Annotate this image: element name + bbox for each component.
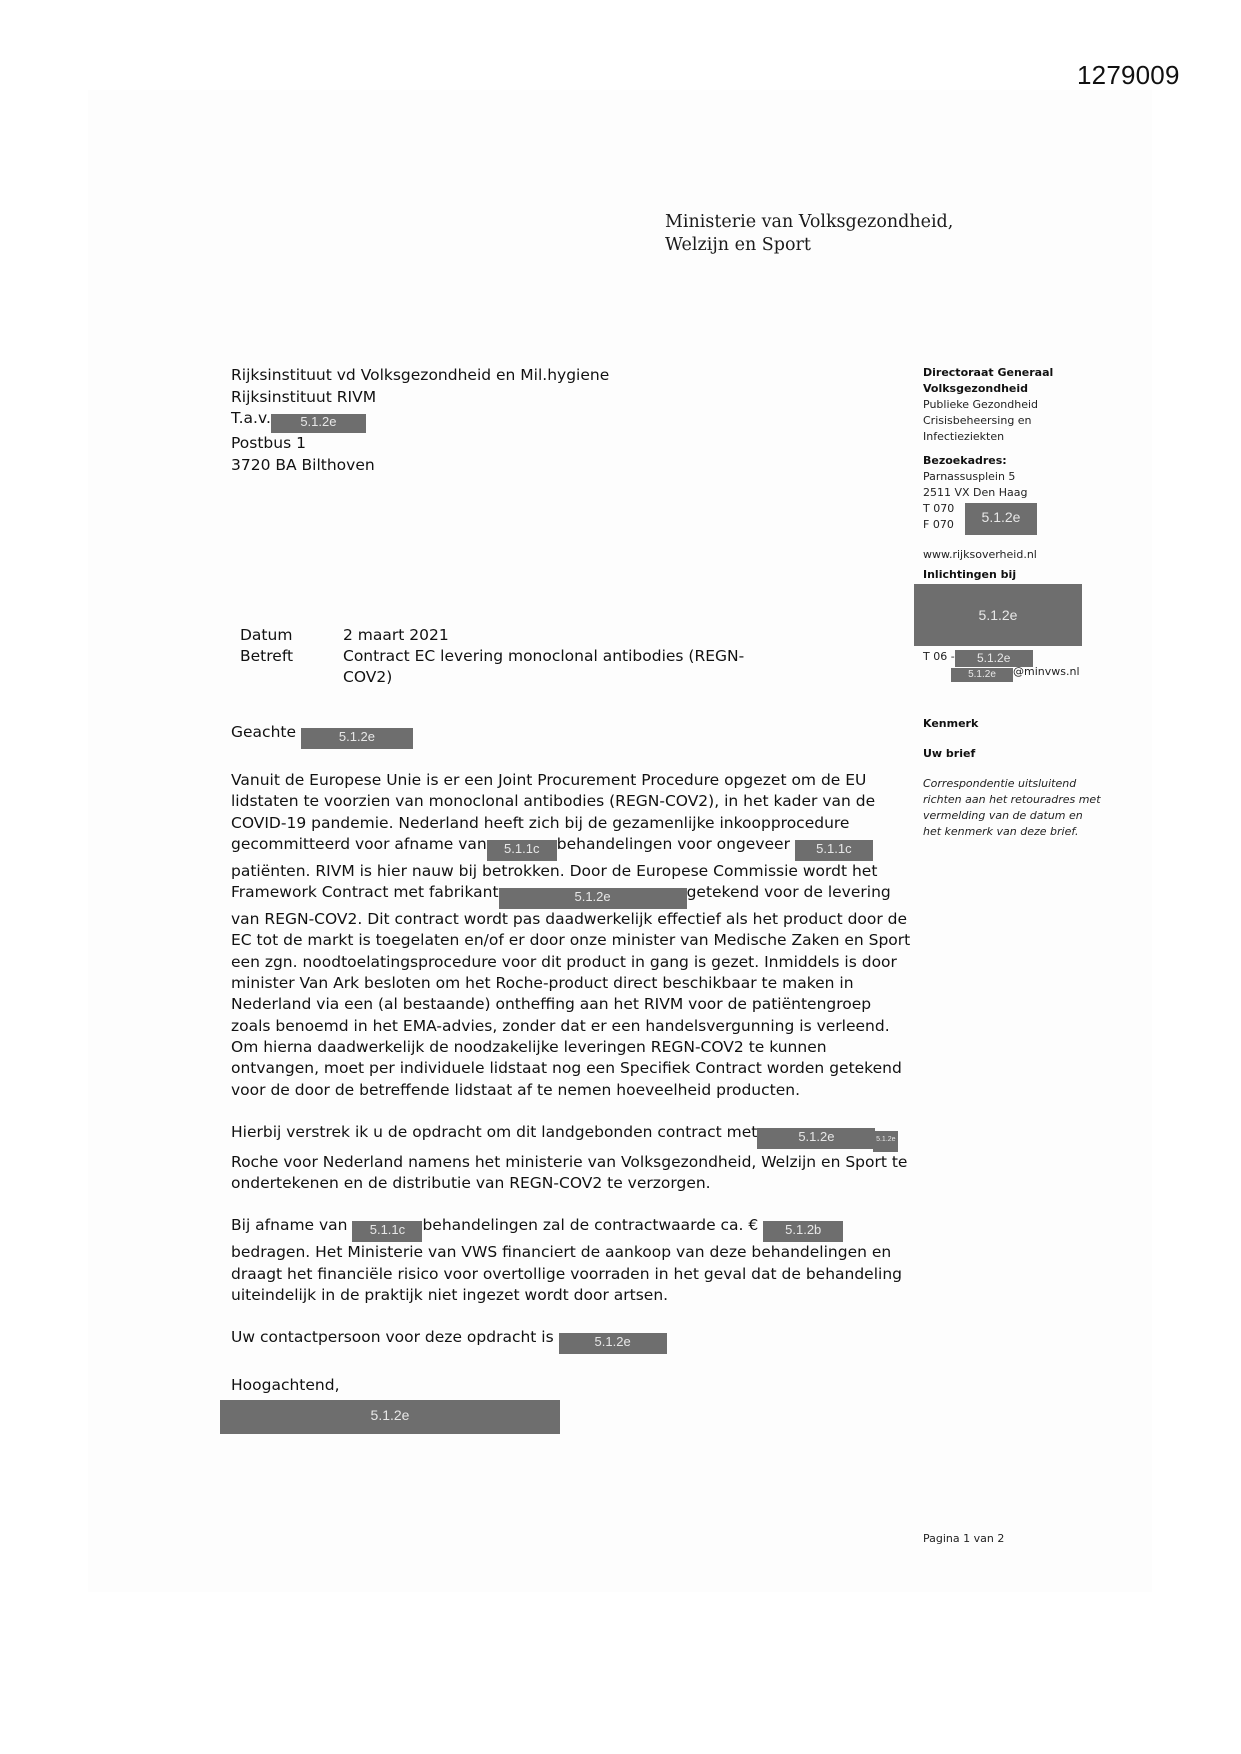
recipient-line2: Rijksinstituut RIVM bbox=[231, 387, 609, 409]
redaction-block: 5.1.2e bbox=[301, 728, 413, 749]
redaction-block: 5.1.2e bbox=[271, 414, 366, 433]
department-title: Directoraat Generaal bbox=[923, 366, 1053, 379]
division-line2: Crisisbeheersing en bbox=[923, 413, 1103, 429]
ministry-name-line2: Welzijn en Sport bbox=[665, 234, 953, 257]
recipient-attn: T.a.v.5.1.2e bbox=[231, 408, 609, 433]
page-indicator: Pagina 1 van 2 bbox=[923, 1532, 1004, 1545]
department-subtitle: Volksgezondheid bbox=[923, 382, 1028, 395]
document-number: 1279009 bbox=[1077, 60, 1180, 91]
paragraph-text: Roche voor Nederland namens het minister… bbox=[231, 1153, 907, 1192]
paragraph-text: Hierbij verstrek ik u de opdracht om dit… bbox=[231, 1123, 757, 1141]
email-domain: @minvws.nl bbox=[1013, 665, 1080, 678]
redaction-block: 5.1.2e bbox=[559, 1333, 667, 1354]
salutation-text: Geachte bbox=[231, 723, 296, 741]
paragraph-text: Uw contactpersoon voor deze opdracht is bbox=[231, 1328, 554, 1346]
ministry-logo-text: Ministerie van Volksgezondheid, Welzijn … bbox=[665, 211, 953, 257]
paragraph-text: behandelingen zal de contractwaarde ca. … bbox=[422, 1216, 758, 1234]
redaction-block: 5.1.2e bbox=[965, 503, 1037, 535]
paragraph-text: getekend voor de levering van REGN-COV2.… bbox=[231, 883, 910, 1098]
redaction-block: 5.1.2b bbox=[763, 1221, 843, 1242]
redaction-block: 5.1.1c bbox=[352, 1221, 422, 1242]
recipient-city: 3720 BA Bilthoven bbox=[231, 455, 609, 477]
phone-fax-block: T 070 F 070 5.1.2e bbox=[923, 501, 1103, 533]
mobile-prefix: T 06 - bbox=[923, 650, 955, 663]
visit-city: 2511 VX Den Haag bbox=[923, 485, 1103, 501]
visit-street: Parnassusplein 5 bbox=[923, 469, 1103, 485]
paragraph-text: bedragen. Het Ministerie van VWS financi… bbox=[231, 1243, 902, 1304]
salutation: Geachte 5.1.2e bbox=[231, 722, 911, 749]
letter-body: Geachte 5.1.2e Vanuit de Europese Unie i… bbox=[231, 722, 911, 1418]
subject-value: Contract EC levering monoclonal antibodi… bbox=[343, 646, 763, 688]
paragraph-4: Uw contactpersoon voor deze opdracht is … bbox=[231, 1327, 911, 1354]
paragraph-2: Hierbij verstrek ik u de opdracht om dit… bbox=[231, 1122, 911, 1195]
closing: Hoogachtend, bbox=[231, 1375, 911, 1396]
redaction-block: 5.1.1c bbox=[487, 840, 557, 861]
redaction-block: 5.1.2e bbox=[499, 888, 687, 909]
correspondence-note: Correspondentie uitsluitend richten aan … bbox=[923, 776, 1103, 840]
ministry-name-line1: Ministerie van Volksgezondheid, bbox=[665, 211, 953, 234]
redaction-block: 5.1.2e bbox=[951, 668, 1013, 682]
paragraph-text: behandelingen voor ongeveer bbox=[557, 835, 790, 853]
signature-redaction: 5.1.2e bbox=[220, 1400, 560, 1434]
letter-meta: Datum 2 maart 2021 Betreft Contract EC l… bbox=[240, 625, 773, 688]
redaction-block: 5.1.2e bbox=[914, 584, 1082, 646]
division-line3: Infectieziekten bbox=[923, 429, 1103, 445]
attn-label: T.a.v. bbox=[231, 409, 271, 427]
paragraph-1: Vanuit de Europese Unie is er een Joint … bbox=[231, 770, 911, 1101]
date-label: Datum bbox=[240, 625, 343, 646]
paragraph-text: Bij afname van bbox=[231, 1216, 348, 1234]
email-address: 5.1.2e@minvws.nl bbox=[923, 664, 1103, 682]
sender-sidebar: Directoraat Generaal Volksgezondheid Pub… bbox=[923, 365, 1103, 840]
paragraph-3: Bij afname van 5.1.1cbehandelingen zal d… bbox=[231, 1215, 911, 1306]
your-letter-label: Uw brief bbox=[923, 747, 975, 760]
recipient-postbus: Postbus 1 bbox=[231, 433, 609, 455]
subject-label: Betreft bbox=[240, 646, 343, 688]
redaction-block: 5.1.2e bbox=[757, 1128, 875, 1149]
recipient-address: Rijksinstituut vd Volksgezondheid en Mil… bbox=[231, 365, 609, 476]
visit-address-label: Bezoekadres: bbox=[923, 454, 1007, 467]
division-line1: Publieke Gezondheid bbox=[923, 397, 1103, 413]
recipient-line1: Rijksinstituut vd Volksgezondheid en Mil… bbox=[231, 365, 609, 387]
redaction-block: 5.1.2e bbox=[873, 1131, 898, 1152]
redaction-block: 5.1.1c bbox=[795, 840, 873, 861]
website-link[interactable]: www.rijksoverheid.nl bbox=[923, 547, 1103, 563]
info-label: Inlichtingen bij bbox=[923, 568, 1016, 581]
reference-label: Kenmerk bbox=[923, 717, 978, 730]
date-value: 2 maart 2021 bbox=[343, 625, 773, 646]
